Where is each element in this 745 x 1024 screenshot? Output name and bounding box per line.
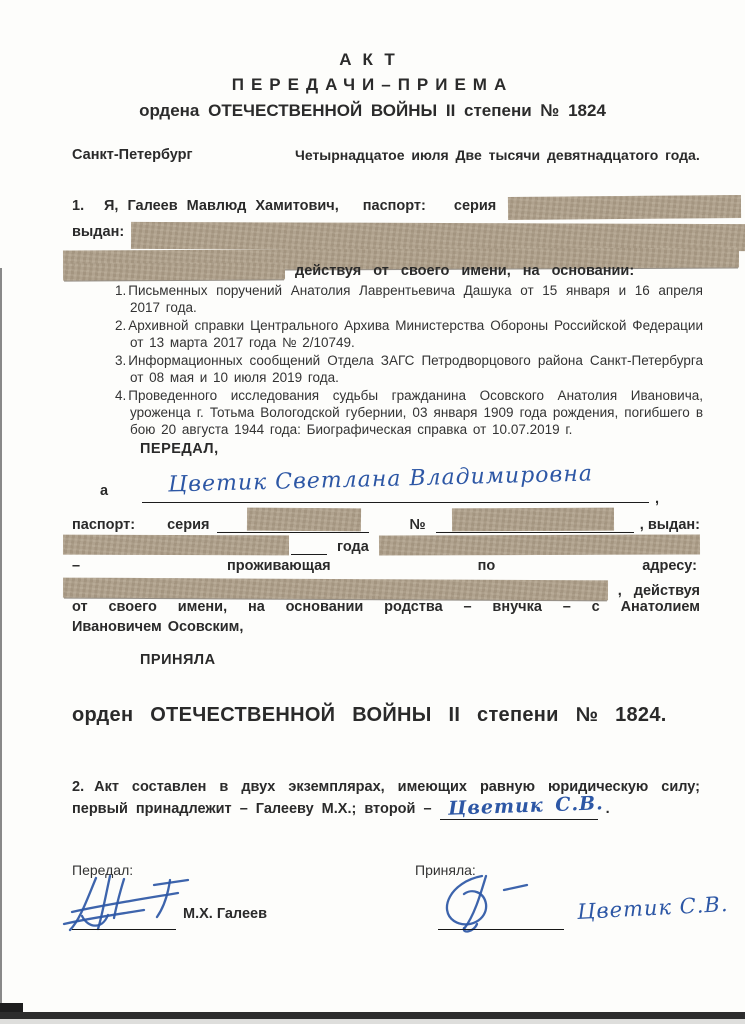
document-title: АКТ ПЕРЕДАЧИ–ПРИЕМА ордена ОТЕЧЕСТВЕННОЙ…	[0, 50, 745, 121]
residing-word: проживающая	[227, 558, 331, 574]
list-item: 4.Проведенного исследования судьбы гражд…	[115, 387, 703, 438]
galeev-signature	[58, 872, 208, 934]
recipient-name-row: а Цветик Светлана Владимировна ,	[72, 470, 697, 504]
handwritten-slot: Цветик С.В.	[440, 800, 598, 820]
series-field	[217, 512, 369, 533]
handwritten-second-owner: Цветик С.В.	[447, 792, 603, 819]
issued-label: , выдан:	[640, 517, 700, 533]
po-word: по	[478, 558, 496, 574]
recipient-passport-row: паспорт: серия № , выдан:	[72, 509, 700, 533]
list-item-number: 1.	[115, 283, 128, 298]
redaction-bar	[63, 535, 289, 556]
acting-after: , действуя	[618, 583, 700, 599]
number-label: №	[409, 517, 425, 533]
address-row: , действуя	[63, 577, 700, 599]
clause1-row1: 1. Я, Галеев Мавлюд Хамитович, паспорт: …	[72, 198, 741, 219]
list-item-text: Архивной справки Центрального Архива Мин…	[128, 318, 703, 350]
redaction-bar	[508, 195, 741, 220]
underline-segment	[291, 538, 327, 555]
recipient-issue-date-row: года	[63, 533, 700, 555]
list-item: 3.Информационных сообщений Отдела ЗАГС П…	[115, 352, 703, 386]
transferor-name: Я, Галеев Мавлюд Хамитович,	[104, 198, 339, 214]
grounds-list: 1.Письменных поручений Анатолия Лавренть…	[115, 282, 703, 439]
transferred-label: ПЕРЕДАЛ,	[140, 441, 219, 457]
scan-bottom-edge	[0, 1012, 745, 1019]
handwritten-recipient-signoff: Цветик С.В.	[576, 892, 729, 924]
redaction-bar	[379, 534, 700, 555]
basis-line1: от своего имени, на основании родства – …	[72, 599, 700, 615]
list-item-number: 4.	[115, 388, 128, 403]
residing-row: – проживающая по адресу:	[72, 558, 697, 574]
list-item-text: Письменных поручений Анатолия Лаврентьев…	[128, 283, 703, 315]
comma: ,	[655, 491, 659, 507]
basis-line2: Ивановичем Осовским,	[72, 619, 243, 635]
clause2-number: 2.	[72, 779, 94, 795]
address-word: адресу:	[642, 558, 697, 574]
scanned-act-document: АКТ ПЕРЕДАЧИ–ПРИЕМА ордена ОТЕЧЕСТВЕННОЙ…	[0, 0, 745, 1024]
signature-line	[438, 929, 564, 930]
place-label: Санкт-Петербург	[72, 147, 193, 163]
list-item-text: Информационных сообщений Отдела ЗАГС Пет…	[128, 353, 703, 385]
clause2-paragraph: 2.Акт составлен в двух экземплярах, имею…	[72, 776, 700, 820]
dash: –	[72, 558, 80, 574]
accepted-label: ПРИНЯЛА	[140, 652, 216, 668]
scan-bottom-margin	[0, 1019, 745, 1024]
acting-line: действуя от своего имени, на основании:	[295, 263, 700, 279]
signature-line	[142, 502, 649, 503]
transferor-printed-name: М.Х. Галеев	[183, 906, 267, 922]
order-line: орден ОТЕЧЕСТВЕННОЙ ВОЙНЫ II степени № 1…	[72, 704, 710, 727]
redaction-bar	[63, 578, 608, 601]
list-item: 1.Письменных поручений Анатолия Лавренть…	[115, 282, 703, 316]
tsvetik-signature	[430, 868, 570, 934]
redaction-bar	[63, 262, 285, 280]
year-label: года	[337, 539, 369, 555]
title-line-peredachi-priema: ПЕРЕДАЧИ–ПРИЕМА	[0, 75, 745, 95]
series-label: серия	[454, 198, 496, 214]
redaction-bar	[247, 508, 361, 532]
scan-edge-left	[0, 268, 2, 1013]
a-label: а	[100, 483, 108, 499]
redaction-bar	[131, 222, 745, 251]
title-line-akt: АКТ	[0, 50, 745, 70]
clause1-number: 1.	[72, 198, 104, 214]
title-line-order-number: ордена ОТЕЧЕСТВЕННОЙ ВОЙНЫ II степени № …	[0, 101, 745, 121]
number-field	[436, 512, 634, 533]
passport-label: паспорт:	[363, 198, 426, 214]
handwritten-recipient-name: Цветик Светлана Владимировна	[168, 461, 593, 497]
clause2-period: .	[606, 801, 610, 817]
issued-label: выдан:	[72, 224, 124, 240]
list-item-number: 3.	[115, 353, 128, 368]
list-item-text: Проведенного исследования судьбы граждан…	[128, 388, 703, 437]
passport-label: паспорт:	[72, 517, 135, 533]
list-item: 2.Архивной справки Центрального Архива М…	[115, 317, 703, 351]
list-item-number: 2.	[115, 318, 128, 333]
series-label: серия	[167, 517, 209, 533]
signature-line	[72, 929, 176, 930]
date-line: Четырнадцатое июля Две тысячи девятнадца…	[295, 147, 700, 163]
clause1-row4: действуя от своего имени, на основании:	[63, 263, 700, 280]
clause1-row2: выдан:	[72, 224, 745, 250]
redaction-bar	[452, 508, 614, 532]
